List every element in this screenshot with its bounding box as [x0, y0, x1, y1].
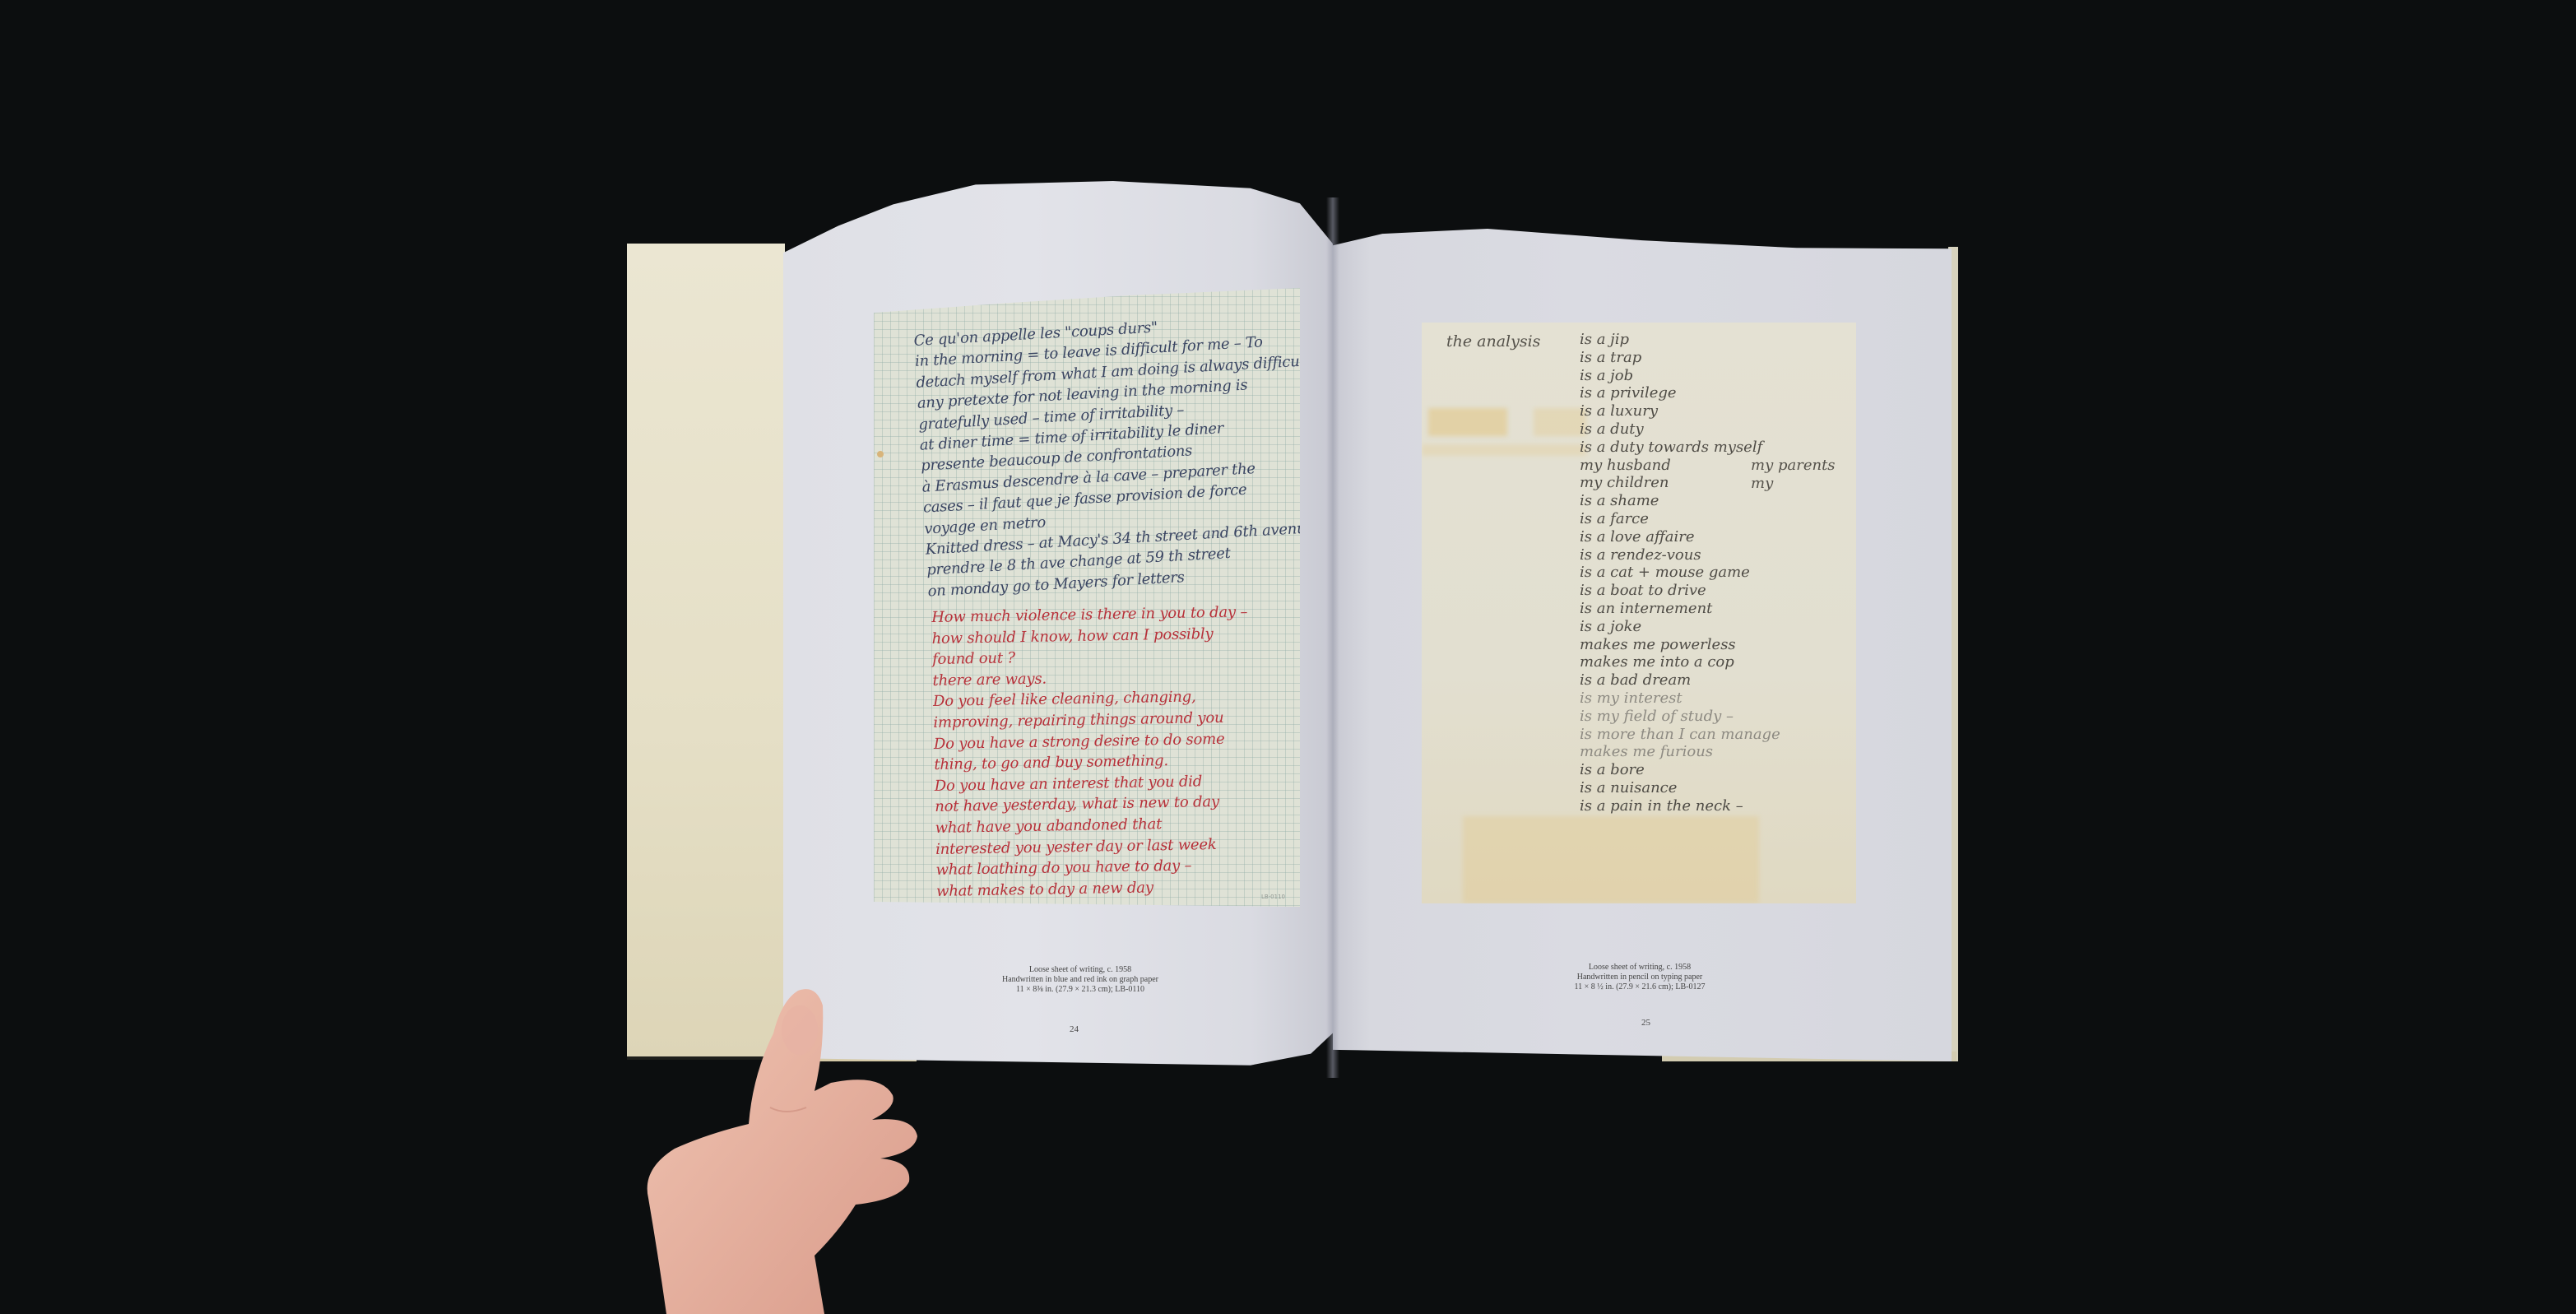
- handwritten-line: is an internement: [1580, 600, 1856, 618]
- handwritten-line-faint: is my field of study –: [1580, 708, 1856, 726]
- caption-medium: Handwritten in blue and red ink on graph…: [977, 975, 1183, 985]
- handwritten-line: is a luxury: [1580, 402, 1856, 420]
- paper-stain: [1422, 444, 1586, 456]
- caption-title: Loose sheet of writing, c. 1958: [977, 965, 1183, 975]
- blue-ink-text: Ce qu'on appelle les "coups durs" in the…: [913, 309, 1300, 602]
- book-back-cover-left: [627, 244, 785, 1056]
- handwritten-line: makes me into a cop: [1580, 653, 1856, 671]
- handwritten-line: my parents: [1751, 457, 1856, 475]
- hand-holding-page: [609, 984, 921, 1314]
- paper-stain: [877, 451, 884, 457]
- handwritten-line: is a boat to drive: [1580, 582, 1856, 600]
- artwork-typing-paper-sheet: the analysis is a jip is a trap is a job…: [1422, 323, 1856, 903]
- handwritten-line: is a trap: [1580, 349, 1856, 367]
- page-number-right: 25: [1641, 1018, 1650, 1028]
- paper-stain: [1428, 408, 1507, 436]
- handwritten-line: is a cat + mouse game: [1580, 564, 1856, 582]
- caption-title: Loose sheet of writing, c. 1958: [1537, 963, 1743, 973]
- artwork-graph-paper-sheet: Ce qu'on appelle les "coups durs" in the…: [874, 288, 1300, 907]
- handwritten-line: is a duty: [1580, 420, 1856, 439]
- caption-dimensions: 11 × 8 ½ in. (27.9 × 21.6 cm); LB-0127: [1537, 982, 1743, 992]
- handwritten-line-faint: is my interest: [1580, 690, 1856, 708]
- left-caption: Loose sheet of writing, c. 1958 Handwrit…: [977, 965, 1183, 995]
- handwritten-line: my: [1751, 475, 1856, 493]
- handwritten-line: is a shame: [1580, 492, 1856, 510]
- handwritten-line: is a bad dream: [1580, 671, 1856, 690]
- handwritten-line: is a joke: [1580, 618, 1856, 636]
- handwritten-line-faint: is more than I can manage: [1580, 726, 1856, 744]
- caption-medium: Handwritten in pencil on typing paper: [1537, 973, 1743, 982]
- handwritten-line: is a farce: [1580, 510, 1856, 528]
- paper-stain: [1463, 816, 1759, 903]
- red-ink-text: How much violence is there in you to day…: [931, 601, 1300, 902]
- handwritten-line: is a bore: [1580, 761, 1856, 779]
- handwritten-line: is a love affaire: [1580, 528, 1856, 546]
- archive-mark: LB-0110: [1261, 894, 1285, 900]
- handwritten-line: makes me powerless: [1580, 636, 1856, 654]
- handwritten-line: is a jip: [1580, 331, 1856, 349]
- handwritten-line: is a nuisance: [1580, 779, 1856, 797]
- handwritten-line: is a job: [1580, 367, 1856, 385]
- pencil-text: is a jip is a trap is a job is a privile…: [1580, 331, 1856, 815]
- paper-stain: [1534, 408, 1586, 436]
- caption-dimensions: 11 × 8⅜ in. (27.9 × 21.3 cm); LB-0110: [977, 985, 1183, 995]
- handwritten-line: is a duty towards myself: [1580, 439, 1856, 457]
- handwritten-line: is a rendez-vous: [1580, 546, 1856, 564]
- handwritten-line-faint: makes me furious: [1580, 743, 1856, 761]
- right-caption: Loose sheet of writing, c. 1958 Handwrit…: [1537, 963, 1743, 992]
- pencil-text-second-column: my parents my: [1751, 457, 1856, 493]
- book-gutter: [1326, 197, 1339, 1078]
- page-number-left: 24: [1070, 1024, 1079, 1034]
- handwritten-line: is a privilege: [1580, 384, 1856, 402]
- handwritten-line: is a pain in the neck –: [1580, 797, 1856, 815]
